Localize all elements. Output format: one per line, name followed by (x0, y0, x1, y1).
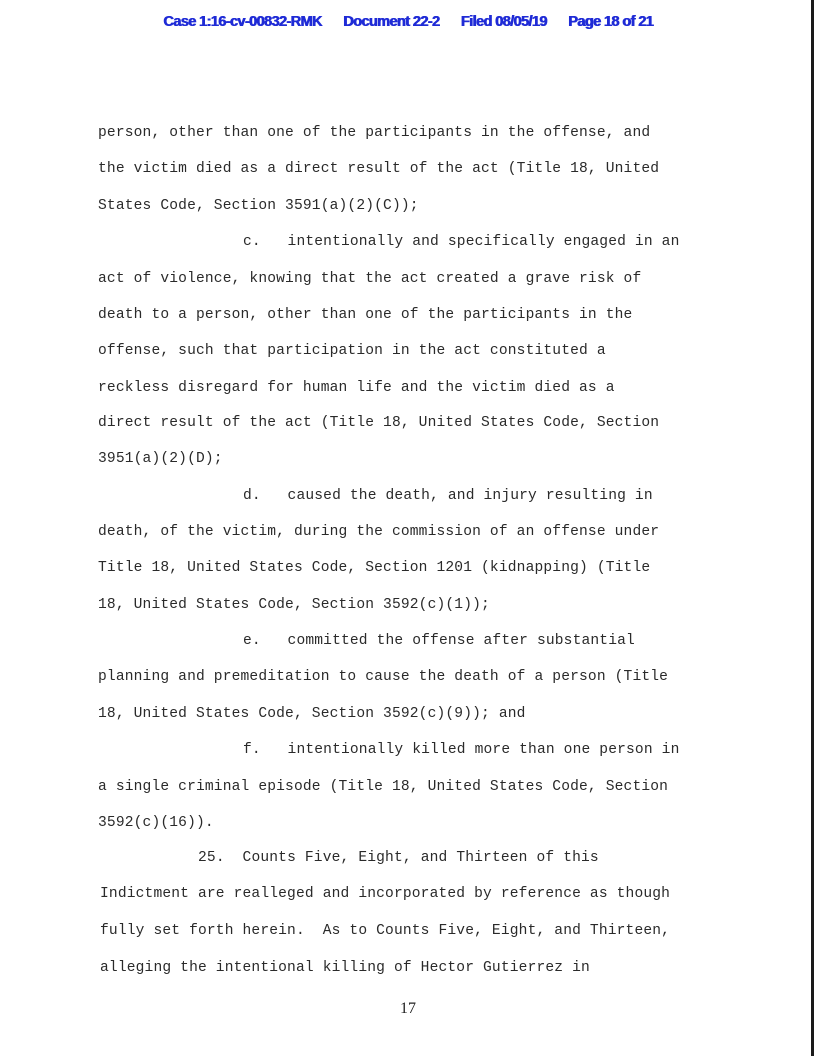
body-line: a single criminal episode (Title 18, Uni… (98, 779, 668, 795)
body-line: death, of the victim, during the commiss… (98, 524, 659, 540)
page-edge-line (811, 0, 814, 1056)
body-line: Title 18, United States Code, Section 12… (98, 560, 650, 576)
body-line: reckless disregard for human life and th… (98, 380, 615, 396)
body-line: c. intentionally and specifically engage… (243, 234, 679, 250)
body-line: act of violence, knowing that the act cr… (98, 271, 641, 287)
body-line: fully set forth herein. As to Counts Fiv… (100, 923, 670, 939)
body-line: death to a person, other than one of the… (98, 307, 632, 323)
body-line: 3592(c)(16)). (98, 815, 214, 831)
body-line: planning and premeditation to cause the … (98, 669, 668, 685)
body-line: Indictment are realleged and incorporate… (100, 886, 670, 902)
page-number: 17 (0, 1000, 816, 1018)
body-line: 25. Counts Five, Eight, and Thirteen of … (198, 850, 599, 866)
body-line: f. intentionally killed more than one pe… (243, 742, 679, 758)
document-number: Document 22-2 (343, 14, 439, 30)
body-line: d. caused the death, and injury resultin… (243, 488, 653, 504)
body-line: States Code, Section 3591(a)(2)(C)); (98, 198, 419, 214)
filed-date: Filed 08/05/19 (461, 14, 547, 30)
document-page: Case 1:16-cv-00832-RMK Document 22-2 Fil… (0, 0, 816, 1056)
body-line: 3951(a)(2)(D); (98, 451, 223, 467)
case-number: Case 1:16-cv-00832-RMK (163, 14, 321, 30)
body-line: alleging the intentional killing of Hect… (100, 960, 590, 976)
body-line: 18, United States Code, Section 3592(c)(… (98, 706, 526, 722)
page-count: Page 18 of 21 (568, 14, 653, 30)
body-line: direct result of the act (Title 18, Unit… (98, 415, 659, 431)
body-line: e. committed the offense after substanti… (243, 633, 635, 649)
body-line: offense, such that participation in the … (98, 343, 606, 359)
body-line: person, other than one of the participan… (98, 125, 650, 141)
body-line: the victim died as a direct result of th… (98, 161, 659, 177)
body-line: 18, United States Code, Section 3592(c)(… (98, 597, 490, 613)
court-filing-header: Case 1:16-cv-00832-RMK Document 22-2 Fil… (0, 14, 816, 30)
